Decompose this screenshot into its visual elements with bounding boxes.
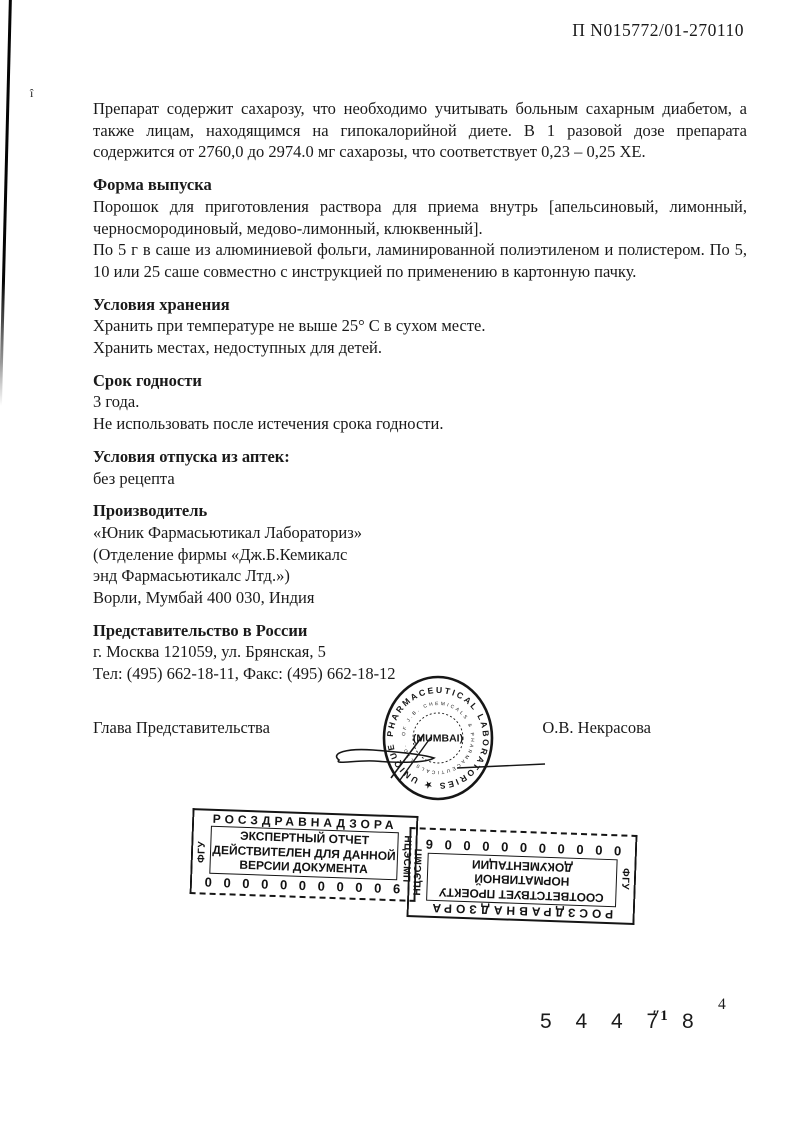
signature-stroke-1 [391, 734, 424, 778]
section-heading: Условия хранения [93, 294, 747, 316]
conformity-stamp: РОСЗДРАВНАДЗОРА СООТВЕТСТВУЕТ ПРОЕКТУ НО… [406, 827, 637, 925]
paragraph: Порошок для приготовления раствора для п… [93, 196, 747, 239]
section-heading: Представительство в России [93, 620, 747, 642]
paragraph: Не использовать после истечения срока го… [93, 413, 747, 435]
stamp-inner-box: ЭКСПЕРТНЫЙ ОТЧЕТ ДЕЙСТВИТЕЛЕН ДЛЯ ДАННОЙ… [209, 826, 399, 880]
registration-number: П N015772/01-270110 [572, 20, 744, 41]
paragraph: энд Фармасьютикалс Лтд.») [93, 565, 747, 587]
paragraph: г. Москва 121059, ул. Брянская, 5 [93, 641, 747, 663]
section: Условия отпуска из аптек:без рецепта [93, 446, 747, 489]
stamp-left-vertical-text: ФГУ [196, 840, 208, 862]
section-heading: Условия отпуска из аптек: [93, 446, 747, 468]
section: Срок годности3 года.Не использовать посл… [93, 370, 747, 435]
scan-speck-artifact: î [30, 86, 33, 101]
paragraph: «Юник Фармасьютикал Лабораториз» [93, 522, 747, 544]
scan-mark-artifact: ″1 [652, 1008, 668, 1025]
scanned-document-page: î П N015772/01-270110 Препарат содержит … [0, 0, 800, 1123]
paragraph: (Отделение фирмы «Дж.Б.Кемикалс [93, 544, 747, 566]
scan-edge-artifact [0, 0, 12, 406]
signatory-title: Глава Представительства [93, 718, 270, 738]
signature-stroke-3 [457, 764, 545, 768]
expert-report-stamp: РОСЗДРАВНАДЗОРА ЭКСПЕРТНЫЙ ОТЧЕТ ДЕЙСТВИ… [190, 808, 419, 902]
section-heading: Форма выпуска [93, 174, 747, 196]
sections: Форма выпускаПорошок для приготовления р… [93, 174, 747, 685]
stamp-right-vertical-text: НЦЭСМП [412, 849, 425, 897]
stamp-left-vertical: ФГУ [192, 810, 212, 893]
paragraph: По 5 г в саше из алюминиевой фольги, лам… [93, 239, 747, 282]
stamp-left-vertical: ФГУ [615, 836, 635, 923]
stamped-serial-number: 5 4 4 7 8 [540, 1010, 703, 1034]
paragraph: Ворли, Мумбай 400 030, Индия [93, 587, 747, 609]
section: Форма выпускаПорошок для приготовления р… [93, 174, 747, 283]
stamp-right-vertical: НЦЭСМП [409, 829, 429, 916]
intro-paragraph: Препарат содержит сахарозу, что необходи… [93, 98, 747, 163]
paragraph: без рецепта [93, 468, 747, 490]
handwritten-signature [325, 722, 560, 792]
section-heading: Срок годности [93, 370, 747, 392]
paragraph: 3 года. [93, 391, 747, 413]
stamp-left-vertical-text: ФГУ [620, 868, 632, 890]
page-number: 4 [718, 996, 726, 1014]
section-heading: Производитель [93, 500, 747, 522]
section: Условия храненияХранить при температуре … [93, 294, 747, 359]
document-body: Препарат содержит сахарозу, что необходи… [93, 98, 747, 685]
paragraph: Хранить местах, недоступных для детей. [93, 337, 747, 359]
signature-loop [337, 750, 434, 763]
paragraph: Хранить при температуре не выше 25° С в … [93, 315, 747, 337]
section: Производитель«Юник Фармасьютикал Лаборат… [93, 500, 747, 609]
stamp-inner-box: СООТВЕТСТВУЕТ ПРОЕКТУ НОРМАТИВНОЙ ДОКУМЕ… [426, 853, 618, 907]
